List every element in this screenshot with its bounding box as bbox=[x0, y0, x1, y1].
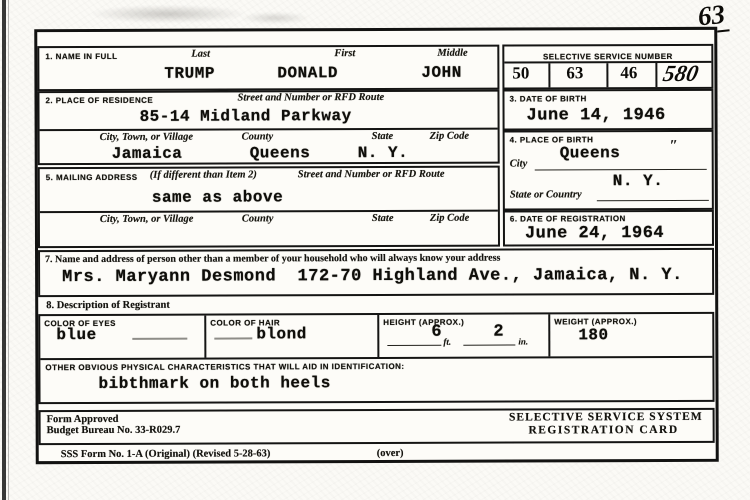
ssn-cell-2: 63 bbox=[550, 63, 608, 87]
place-of-birth-label: 4. PLACE OF BIRTH bbox=[510, 135, 594, 144]
mailing-county-column-label: County bbox=[242, 213, 274, 224]
name-in-full-box: 1. NAME IN FULL Last First Middle TRUMP … bbox=[37, 45, 499, 92]
place-of-birth-box: 4. PLACE OF BIRTH Queens ″ City N. Y. St… bbox=[503, 130, 714, 211]
height-inches-unit-label: in. bbox=[518, 336, 528, 346]
mailing-address-box: 5. MAILING ADDRESS (If different than It… bbox=[38, 166, 500, 249]
name-first-value: DONALD bbox=[277, 64, 338, 82]
description-row-1: COLOR OF EYES blue COLOR OF HAIR blond H… bbox=[40, 314, 712, 360]
description-row-2: OTHER OBVIOUS PHYSICAL CHARACTERISTICS T… bbox=[40, 358, 712, 404]
mailing-zip-column-label: Zip Code bbox=[430, 213, 469, 224]
form-approved-line: Form Approved bbox=[47, 414, 119, 425]
ssn-cell-1: 50 bbox=[504, 63, 550, 87]
scan-edge-line bbox=[2, 0, 6, 500]
ssn-part-4-handwritten: 580 bbox=[661, 63, 700, 85]
birth-state-line-label: State or Country bbox=[510, 189, 582, 200]
weight-value: 180 bbox=[578, 326, 608, 344]
name-in-full-label: 1. NAME IN FULL bbox=[45, 52, 117, 61]
birth-city-underline bbox=[535, 154, 707, 171]
first-column-label: First bbox=[334, 48, 355, 59]
registration-card-line: REGISTRATION CARD bbox=[528, 424, 678, 437]
birth-state-underline bbox=[597, 185, 709, 201]
hair-dash-mark bbox=[214, 325, 252, 339]
date-of-birth-value: June 14, 1946 bbox=[527, 106, 666, 125]
eyes-value: blue bbox=[56, 326, 96, 344]
mailing-street-value: same as above bbox=[152, 188, 283, 206]
name-middle-value: JOHN bbox=[421, 64, 461, 82]
other-characteristics-label: OTHER OBVIOUS PHYSICAL CHARACTERISTICS T… bbox=[45, 362, 404, 372]
date-of-registration-box: 6. DATE OF REGISTRATION June 24, 1964 bbox=[503, 210, 714, 247]
over-note: (over) bbox=[377, 448, 404, 459]
place-of-residence-box: 2. PLACE OF RESIDENCE Street and Number … bbox=[37, 90, 499, 166]
ssn-cell-4: 580 bbox=[657, 63, 711, 87]
eyes-cell: COLOR OF EYES blue bbox=[40, 316, 206, 359]
budget-bureau-line: Budget Bureau No. 33-R029.7 bbox=[47, 425, 181, 436]
height-feet-unit-label: ft. bbox=[443, 337, 451, 347]
selective-service-number-label: SELECTIVE SERVICE NUMBER bbox=[543, 52, 673, 61]
residence-zip-column-label: Zip Code bbox=[430, 131, 469, 142]
mailing-address-note: (If different than Item 2) bbox=[150, 169, 257, 180]
ssn-cell-3: 46 bbox=[608, 63, 657, 87]
scan-smudge bbox=[88, 5, 248, 23]
residence-county-column-label: County bbox=[242, 131, 274, 142]
birth-city-line-label: City bbox=[510, 158, 528, 169]
mailing-state-column-label: State bbox=[372, 213, 394, 224]
height-inches-underline bbox=[463, 330, 515, 346]
scanned-registration-card-page: { "document": { "corner_note": "63", "fo… bbox=[0, 0, 750, 500]
residence-state-value: N. Y. bbox=[358, 144, 409, 162]
date-of-birth-box: 3. DATE OF BIRTH June 14, 1946 bbox=[502, 89, 713, 131]
selective-service-system-line: SELECTIVE SERVICE SYSTEM bbox=[509, 411, 703, 424]
last-column-label: Last bbox=[191, 49, 210, 60]
mailing-street-column-label: Street and Number or RFD Route bbox=[298, 169, 445, 181]
residence-county-value: Queens bbox=[250, 144, 311, 162]
contact-person-box: 7. Name and address of person other than… bbox=[38, 248, 714, 297]
description-heading: 8. Description of Registrant bbox=[46, 300, 170, 311]
scan-edge-line-faint bbox=[8, 0, 9, 500]
scan-smudge bbox=[240, 12, 310, 24]
weight-cell: WEIGHT (APPROX.) 180 bbox=[550, 314, 712, 357]
hair-cell: COLOR OF HAIR blond bbox=[206, 315, 379, 358]
height-label: HEIGHT (APPROX.) bbox=[383, 318, 464, 327]
ssn-part-1: 50 bbox=[512, 63, 529, 82]
date-of-registration-label: 6. DATE OF REGISTRATION bbox=[510, 214, 626, 223]
mailing-city-column-label: City, Town, or Village bbox=[100, 214, 193, 225]
ditto-mark: ″ bbox=[670, 138, 678, 155]
residence-state-column-label: State bbox=[372, 131, 394, 142]
form-number-line: SSS Form No. 1-A (Original) (Revised 5-2… bbox=[61, 448, 271, 460]
ssn-part-3: 46 bbox=[620, 63, 637, 82]
weight-label: WEIGHT (APPROX.) bbox=[554, 317, 637, 326]
mailing-address-label: 5. MAILING ADDRESS bbox=[46, 173, 138, 182]
other-characteristics-value: bibthmark on both heels bbox=[98, 374, 330, 393]
residence-street-value: 85-14 Midland Parkway bbox=[140, 107, 352, 126]
date-of-registration-value: June 24, 1964 bbox=[525, 224, 664, 243]
date-of-birth-label: 3. DATE OF BIRTH bbox=[509, 94, 586, 103]
place-of-residence-label: 2. PLACE OF RESIDENCE bbox=[45, 96, 153, 105]
selective-service-number-cells: 50 63 46 580 bbox=[504, 63, 711, 88]
ssn-part-2: 63 bbox=[566, 63, 583, 82]
residence-street-column-label: Street and Number or RFD Route bbox=[237, 92, 384, 104]
approval-box: Form Approved Budget Bureau No. 33-R029.… bbox=[39, 408, 715, 445]
residence-city-value: Jamaica bbox=[112, 145, 183, 163]
name-last-value: TRUMP bbox=[164, 65, 215, 83]
contact-person-label: 7. Name and address of person other than… bbox=[45, 253, 500, 266]
height-cell: HEIGHT (APPROX.) 6 ft. 2 in. bbox=[379, 314, 550, 357]
height-feet-underline bbox=[387, 330, 441, 346]
hair-value: blond bbox=[256, 325, 307, 343]
residence-city-column-label: City, Town, or Village bbox=[100, 132, 193, 143]
middle-column-label: Middle bbox=[437, 48, 467, 59]
registration-card: 1. NAME IN FULL Last First Middle TRUMP … bbox=[34, 27, 719, 464]
eyes-dash-mark bbox=[132, 326, 187, 340]
selective-service-number-box: SELECTIVE SERVICE NUMBER 50 63 46 580 bbox=[502, 44, 713, 90]
contact-person-value: Mrs. Maryann Desmond 172-70 Highland Ave… bbox=[62, 266, 683, 287]
description-table: COLOR OF EYES blue COLOR OF HAIR blond H… bbox=[38, 312, 714, 404]
